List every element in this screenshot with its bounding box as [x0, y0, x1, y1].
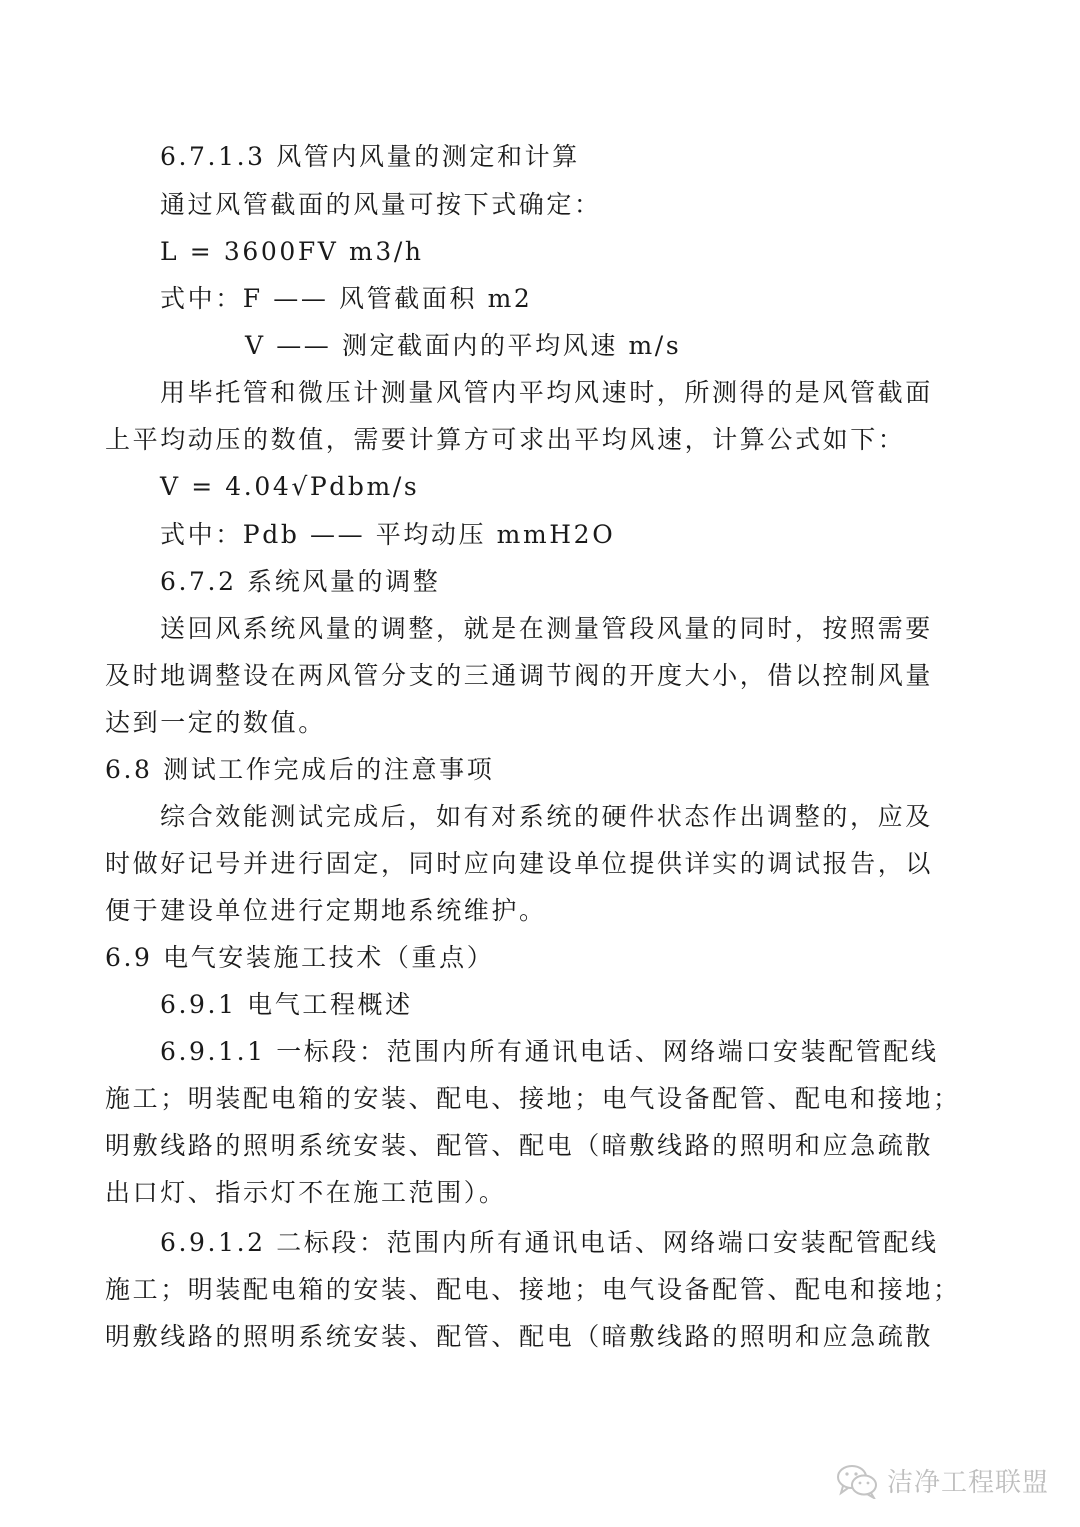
watermark: 洁净工程联盟	[835, 1462, 1049, 1499]
text-line: 及时地调整设在两风管分支的三通调节阀的开度大小，借以控制风量	[105, 661, 933, 691]
text-line: 式中：Pdb —— 平均动压 mmH2O	[160, 520, 615, 550]
text-line: L = 3600FV m3/h	[160, 237, 424, 267]
text-line: 6.8 测试工作完成后的注意事项	[105, 755, 494, 785]
text-line: V —— 测定截面内的平均风速 m/s	[245, 331, 681, 361]
text-line: 施工；明装配电箱的安装、配电、接地；电气设备配管、配电和接地；	[105, 1275, 961, 1305]
text-line: 式中：F —— 风管截面积 m2	[160, 284, 532, 314]
text-line: 6.9.1.1 一标段：范围内所有通讯电话、网络端口安装配管配线	[160, 1037, 939, 1067]
text-line: 上平均动压的数值，需要计算方可求出平均风速，计算公式如下：	[105, 425, 905, 455]
text-line: 达到一定的数值。	[105, 708, 326, 738]
text-line: 6.7.2 系统风量的调整	[160, 567, 440, 597]
text-line: 便于建设单位进行定期地系统维护。	[105, 896, 547, 926]
text-line: 出口灯、指示灯不在施工范围）。	[105, 1178, 507, 1208]
text-line: 综合效能测试完成后，如有对系统的硬件状态作出调整的，应及	[160, 802, 933, 832]
text-line: 6.9 电气安装施工技术（重点）	[105, 943, 494, 973]
watermark-text: 洁净工程联盟	[887, 1462, 1049, 1499]
text-line: 送回风系统风量的调整，就是在测量管段风量的同时，按照需要	[160, 614, 933, 644]
text-line: 6.9.1.2 二标段：范围内所有通讯电话、网络端口安装配管配线	[160, 1228, 939, 1258]
text-line: 用毕托管和微压计测量风管内平均风速时，所测得的是风管截面	[160, 378, 933, 408]
text-line: 6.9.1 电气工程概述	[160, 990, 413, 1020]
text-line: 明敷线路的照明系统安装、配管、配电（暗敷线路的照明和应急疏散	[105, 1131, 933, 1161]
wechat-icon	[835, 1463, 881, 1499]
text-line: V = 4.04√Pdbm/s	[160, 472, 419, 502]
text-line: 通过风管截面的风量可按下式确定：	[160, 190, 602, 220]
text-line: 时做好记号并进行固定，同时应向建设单位提供详实的调试报告，以	[105, 849, 933, 879]
text-line: 明敷线路的照明系统安装、配管、配电（暗敷线路的照明和应急疏散	[105, 1322, 933, 1352]
text-line: 6.7.1.3 风管内风量的测定和计算	[160, 142, 580, 172]
text-line: 施工；明装配电箱的安装、配电、接地；电气设备配管、配电和接地；	[105, 1084, 961, 1114]
